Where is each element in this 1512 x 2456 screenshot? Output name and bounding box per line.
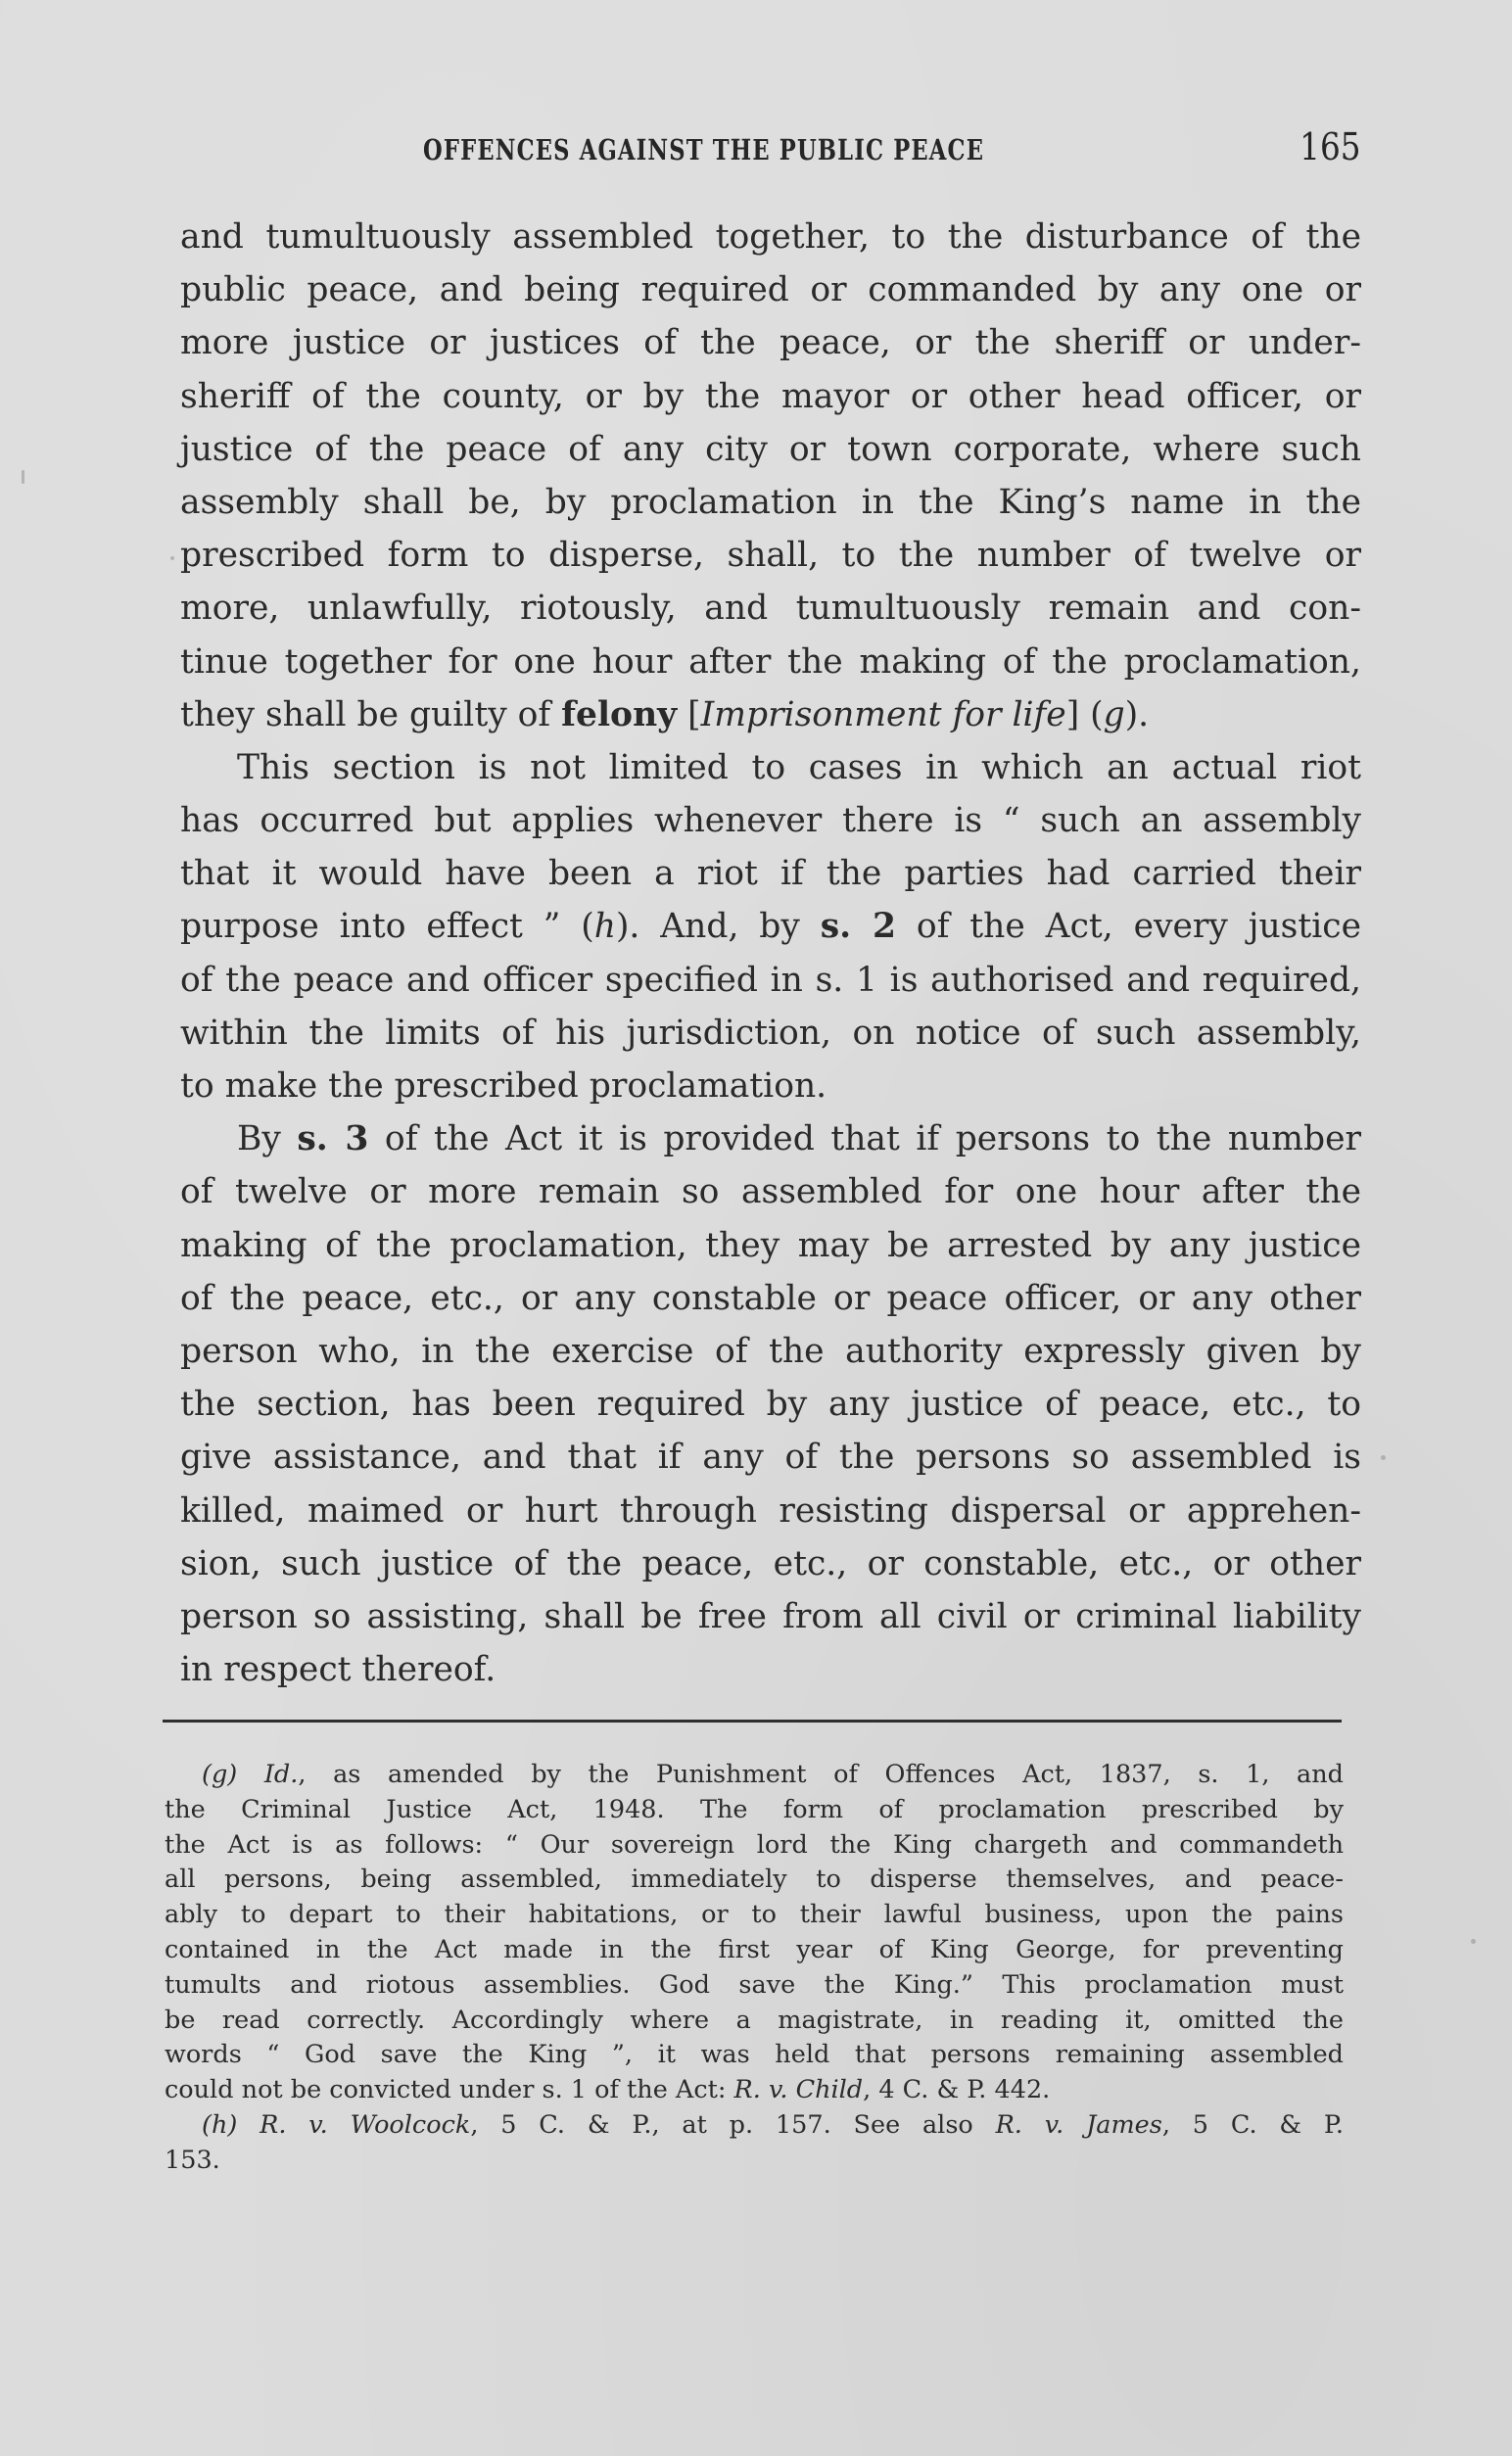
text-line: and tumultuously assembled together, to … xyxy=(180,211,1361,263)
footnote-line: ably to depart to their habitations, or … xyxy=(165,1898,1344,1933)
footnote-line: the Criminal Justice Act, 1948. The form… xyxy=(165,1793,1344,1828)
footnote-line: words “ God save the King ”, it was held… xyxy=(165,2038,1344,2073)
text-line: sheriff of the county, or by the mayor o… xyxy=(180,370,1361,423)
text-run: of the Act, every justice xyxy=(896,907,1361,946)
text-line: of the peace and officer specified in s.… xyxy=(180,954,1361,1007)
scan-speck xyxy=(170,556,174,560)
text-line: in respect thereof. xyxy=(180,1643,1361,1696)
text-line: justice of the peace of any city or town… xyxy=(180,423,1361,476)
text-run: ] ( xyxy=(1066,695,1104,734)
citation-id: Id. xyxy=(264,1760,299,1789)
text-run: [ xyxy=(677,695,700,734)
text-run: of the Act it is provided that if person… xyxy=(368,1119,1361,1158)
text-line: more, unlawfully, riotously, and tumultu… xyxy=(180,582,1361,635)
text-run: ). And, by xyxy=(616,907,821,946)
footnote-line: the Act is as follows: “ Our sovereign l… xyxy=(165,1828,1344,1864)
text-line: public peace, and being required or comm… xyxy=(180,263,1361,316)
text-line: within the limits of his jurisdiction, o… xyxy=(180,1007,1361,1060)
text-line: of twelve or more remain so assembled fo… xyxy=(180,1165,1361,1218)
emphasis-felony: felony xyxy=(561,695,677,734)
text-run: , 5 C. & P., at p. 157. See also xyxy=(470,2110,995,2140)
footnote-line: tumults and riotous assemblies. God save… xyxy=(165,1968,1344,2004)
footnote-marker-h: (h) xyxy=(202,2110,237,2140)
text-line: person who, in the exercise of the autho… xyxy=(180,1325,1361,1378)
running-head-title: OFFENCES AGAINST THE PUBLIC PEACE xyxy=(423,133,984,166)
scanned-book-page: OFFENCES AGAINST THE PUBLIC PEACE 165 an… xyxy=(0,0,1512,2456)
text-line: give assistance, and that if any of the … xyxy=(180,1431,1361,1484)
case-prefix: R. v. xyxy=(734,2075,796,2104)
body-text: and tumultuously assembled together, to … xyxy=(180,211,1361,1696)
paragraph-2: This section is not limited to cases in … xyxy=(180,741,1361,1112)
text-line: that it would have been a riot if the pa… xyxy=(180,847,1361,900)
case-name-james: James xyxy=(1086,2110,1162,2140)
footnote-line: 153. xyxy=(165,2144,1344,2179)
text-line: making of the proclamation, they may be … xyxy=(180,1219,1361,1272)
text-line: the section, has been required by any ju… xyxy=(180,1378,1361,1431)
footnote-line: (g) Id., as amended by the Punishment of… xyxy=(165,1758,1344,1793)
text-line: they shall be guilty of felony [Imprison… xyxy=(180,688,1361,741)
footnote-ref-h[interactable]: h xyxy=(594,907,616,946)
text-line: This section is not limited to cases in … xyxy=(180,741,1361,794)
footnote-ref-g[interactable]: g xyxy=(1104,695,1125,734)
footnote-line: could not be convicted under s. 1 of the… xyxy=(165,2073,1344,2108)
running-head: OFFENCES AGAINST THE PUBLIC PEACE 165 xyxy=(423,125,1363,174)
text-line: more justice or justices of the peace, o… xyxy=(180,316,1361,369)
section-ref-s2: s. 2 xyxy=(821,907,896,946)
footnote-line: contained in the Act made in the first y… xyxy=(165,1933,1344,1968)
text-run: ). xyxy=(1125,695,1149,734)
text-line: prescribed form to disperse, shall, to t… xyxy=(180,529,1361,582)
case-prefix: R. v. xyxy=(996,2110,1086,2140)
footnote-h: (h) R. v. Woolcock, 5 C. & P., at p. 157… xyxy=(165,2108,1344,2179)
paragraph-3: By s. 3 of the Act it is provided that i… xyxy=(180,1112,1361,1696)
footnote-line: be read correctly. Accordingly where a m… xyxy=(165,2004,1344,2039)
text-line: has occurred but applies whenever there … xyxy=(180,794,1361,847)
text-run: , 4 C. & P. 442. xyxy=(863,2075,1050,2104)
footnote-line: all persons, being assembled, immediatel… xyxy=(165,1863,1344,1898)
text-line: of the peace, etc., or any constable or … xyxy=(180,1272,1361,1325)
text-run: , as amended by the Punishment of Offenc… xyxy=(298,1760,1344,1789)
penalty-italic: Imprisonment for life xyxy=(701,695,1066,734)
paragraph-1: and tumultuously assembled together, to … xyxy=(180,211,1361,741)
footnote-divider xyxy=(163,1720,1342,1723)
text-line: to make the prescribed proclamation. xyxy=(180,1060,1361,1112)
text-line: person so assisting, shall be free from … xyxy=(180,1590,1361,1643)
footnote-marker-g: (g) xyxy=(202,1760,237,1789)
footnote-g: (g) Id., as amended by the Punishment of… xyxy=(165,1758,1344,2108)
text-line: sion, such justice of the peace, etc., o… xyxy=(180,1537,1361,1590)
section-ref-s3: s. 3 xyxy=(297,1119,368,1158)
text-line: assembly shall be, by proclamation in th… xyxy=(180,476,1361,529)
case-prefix: R. v. xyxy=(237,2110,350,2140)
scan-speck xyxy=(1471,1939,1476,1944)
text-line: purpose into effect ” (h). And, by s. 2 … xyxy=(180,900,1361,953)
text-run: purpose into effect ” ( xyxy=(180,907,594,946)
text-run: they shall be guilty of xyxy=(180,695,561,734)
text-run: , 5 C. & P. xyxy=(1162,2110,1344,2140)
text-line: By s. 3 of the Act it is provided that i… xyxy=(180,1112,1361,1165)
text-line: killed, maimed or hurt through resisting… xyxy=(180,1485,1361,1537)
footnote-line: (h) R. v. Woolcock, 5 C. & P., at p. 157… xyxy=(165,2108,1344,2144)
case-name-child: Child xyxy=(796,2075,864,2104)
footnotes: (g) Id., as amended by the Punishment of… xyxy=(165,1758,1344,2179)
case-name-woolcock: Woolcock xyxy=(351,2110,471,2140)
text-run: By xyxy=(237,1119,297,1158)
scan-speck xyxy=(1381,1455,1386,1460)
text-line: tinue together for one hour after the ma… xyxy=(180,636,1361,688)
text-run: could not be convicted under s. 1 of the… xyxy=(165,2075,734,2104)
page-number: 165 xyxy=(1300,125,1361,168)
scan-speck xyxy=(22,470,24,484)
